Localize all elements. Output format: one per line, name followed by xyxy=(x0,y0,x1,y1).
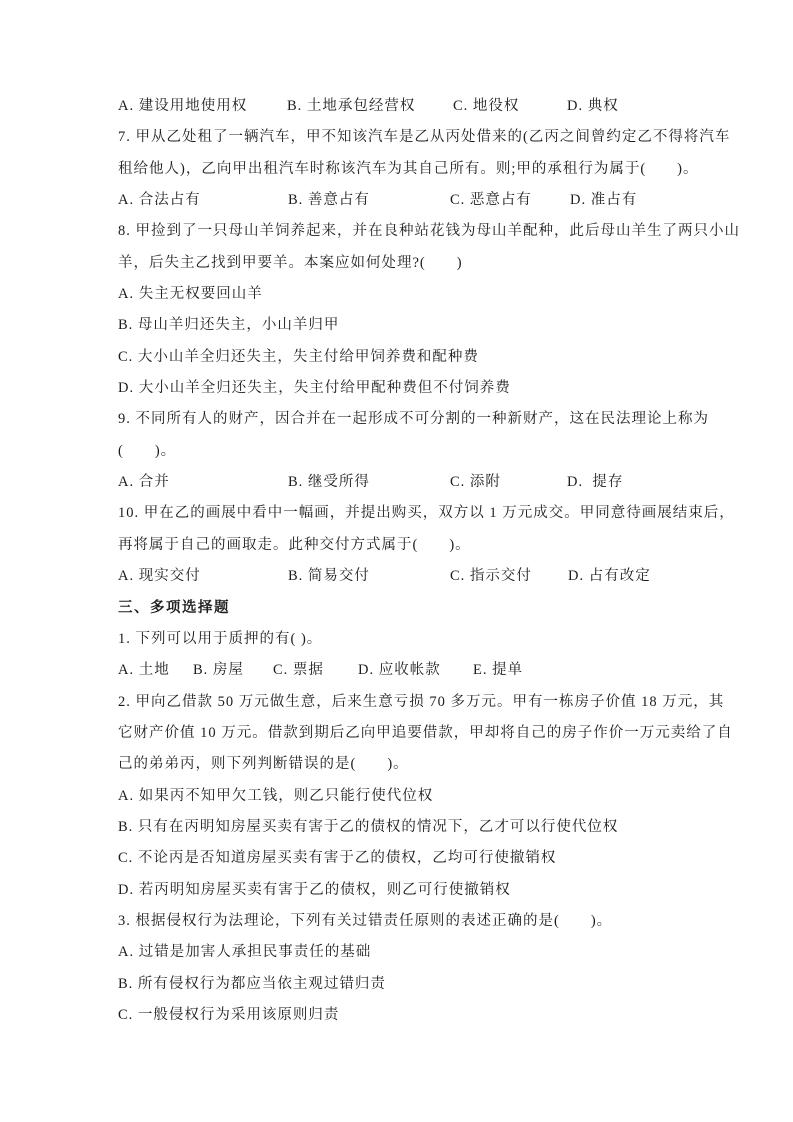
option-a: A. 合法占有 xyxy=(118,185,201,216)
option-b: B. 简易交付 xyxy=(288,561,370,592)
text-line: 己的弟弟丙，则下列判断错误的是( )。 xyxy=(118,749,678,780)
text-line: D. 大小山羊全归还失主，失主付给甲配种费但不付饲养费 xyxy=(118,373,678,404)
text-line: C. 大小山羊全归还失主，失主付给甲饲养费和配种费 xyxy=(118,342,678,373)
text-line: 10. 甲在乙的画展中看中一幅画，并提出购买，双方以 1 万元成交。甲同意待画展… xyxy=(118,498,678,529)
option-c: C. 票据 xyxy=(273,655,324,686)
option-b: B. 土地承包经营权 xyxy=(287,91,415,122)
text-line: 9. 不同所有人的财产，因合并在一起形成不可分割的一种新财产，这在民法理论上称为 xyxy=(118,404,678,435)
option-d: D. 提存 xyxy=(567,467,623,498)
option-d: D. 占有改定 xyxy=(568,561,651,592)
text-line: B. 所有侵权行为都应当依主观过错归责 xyxy=(118,969,678,1000)
exam-document-page: A. 建设用地使用权B. 土地承包经营权C. 地役权D. 典权7. 甲从乙处租了… xyxy=(0,0,793,1122)
text-line: A. 过错是加害人承担民事责任的基础 xyxy=(118,937,678,968)
text-line: 3. 根据侵权行为法理论，下列有关过错责任原则的表述正确的是( )。 xyxy=(118,906,678,937)
option-row: A. 土地B. 房屋C. 票据D. 应收帐款E. 提单 xyxy=(118,655,678,686)
option-b: B. 善意占有 xyxy=(288,185,370,216)
option-row: A. 建设用地使用权B. 土地承包经营权C. 地役权D. 典权 xyxy=(118,91,678,122)
option-b: B. 继受所得 xyxy=(288,467,370,498)
text-line: 它财产价值 10 万元。借款到期后乙向甲追要借款，甲却将自己的房子作价一万元卖给… xyxy=(118,718,678,749)
text-line: 2. 甲向乙借款 50 万元做生意，后来生意亏损 70 多万元。甲有一栋房子价值… xyxy=(118,687,678,718)
text-line: 1. 下列可以用于质押的有( )。 xyxy=(118,624,678,655)
option-a: A. 土地 xyxy=(118,655,170,686)
option-c: C. 恶意占有 xyxy=(450,185,532,216)
option-row: A. 合并B. 继受所得C. 添附D. 提存 xyxy=(118,467,678,498)
text-line: 租给他人)，乙向甲出租汽车时称该汽车为其自己所有。则;甲的承租行为属于( )。 xyxy=(118,154,678,185)
option-c: C. 指示交付 xyxy=(450,561,532,592)
option-b: B. 房屋 xyxy=(193,655,244,686)
document-content: A. 建设用地使用权B. 土地承包经营权C. 地役权D. 典权7. 甲从乙处租了… xyxy=(118,91,678,1031)
text-line: A. 如果丙不知甲欠工钱，则乙只能行使代位权 xyxy=(118,781,678,812)
option-a: A. 建设用地使用权 xyxy=(118,91,247,122)
option-c: C. 添附 xyxy=(450,467,501,498)
text-line: A. 失主无权要回山羊 xyxy=(118,279,678,310)
text-line: C. 不论丙是否知道房屋买卖有害于乙的债权，乙均可行使撤销权 xyxy=(118,843,678,874)
option-d: D. 准占有 xyxy=(570,185,637,216)
text-line: 7. 甲从乙处租了一辆汽车，甲不知该汽车是乙从丙处借来的(乙丙之间曾约定乙不得将… xyxy=(118,122,678,153)
text-line: ( )。 xyxy=(118,436,678,467)
text-line: 羊，后失主乙找到甲要羊。本案应如何处理?( ) xyxy=(118,248,678,279)
option-row: A. 现实交付B. 简易交付C. 指示交付D. 占有改定 xyxy=(118,561,678,592)
option-c: C. 地役权 xyxy=(453,91,519,122)
option-d: D. 应收帐款 xyxy=(358,655,441,686)
text-line: D. 若丙明知房屋买卖有害于乙的债权，则乙可行使撤销权 xyxy=(118,875,678,906)
text-line: B. 母山羊归还失主，小山羊归甲 xyxy=(118,310,678,341)
text-line: 再将属于自己的画取走。此种交付方式属于( )。 xyxy=(118,530,678,561)
option-a: A. 合并 xyxy=(118,467,170,498)
option-d: D. 典权 xyxy=(567,91,619,122)
option-e: E. 提单 xyxy=(473,655,523,686)
text-line: 8. 甲捡到了一只母山羊饲养起来，并在良种站花钱为母山羊配种，此后母山羊生了两只… xyxy=(118,216,678,247)
section-heading: 三、多项选择题 xyxy=(118,593,678,624)
option-row: A. 合法占有B. 善意占有C. 恶意占有D. 准占有 xyxy=(118,185,678,216)
option-a: A. 现实交付 xyxy=(118,561,201,592)
text-line: B. 只有在丙明知房屋买卖有害于乙的债权的情况下，乙才可以行使代位权 xyxy=(118,812,678,843)
text-line: C. 一般侵权行为采用该原则归责 xyxy=(118,1000,678,1031)
